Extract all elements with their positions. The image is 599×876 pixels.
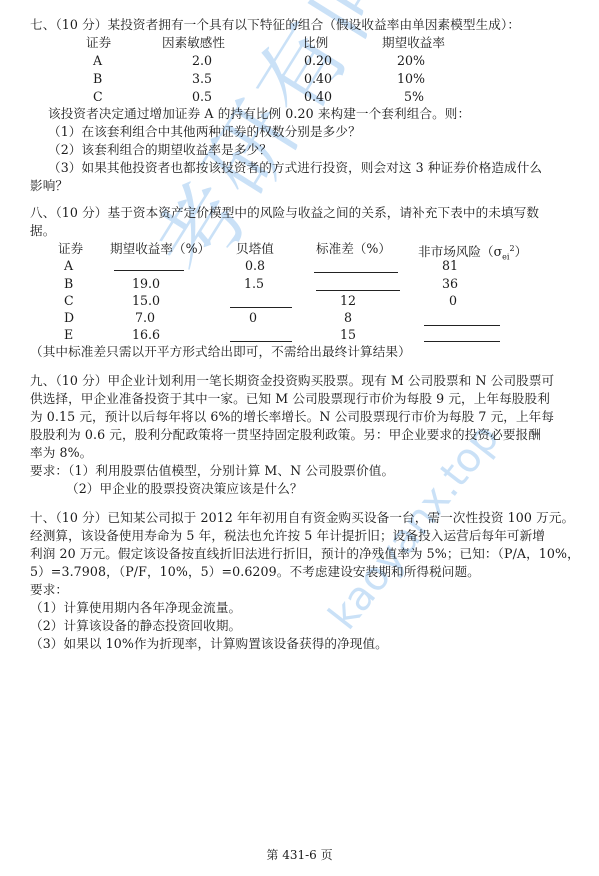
q8-cell: 19.0 (132, 275, 160, 293)
q8-header-close: ） (515, 244, 528, 259)
q8-header-return: 期望收益率（%） (110, 240, 210, 258)
q8-cell: 8 (344, 309, 352, 327)
q10-line-2: 经测算，该设备使用寿命为 5 年，税法也允许按 5 年计提折旧；设备投入运营后每… (30, 527, 545, 545)
q7-cell: 0.5 (192, 88, 212, 106)
q8-cell: 1.5 (244, 275, 264, 293)
q7-heading: 七、（10 分）某投资者拥有一个具有以下特征的组合（假设收益率由单因素模型生成）… (30, 16, 520, 34)
q10-line-3: 利润 20 万元。假定该设备按直线折旧法进行折旧，预计的净残值率为 5%；已知：… (30, 545, 580, 563)
q7-cell: 0.40 (304, 70, 332, 88)
q9-line-2: 供选择，甲企业准备投资于其中一家。已知 M 公司股票现行市价为每股 9 元，上年… (30, 390, 550, 408)
q9-requirement-2: （2）甲企业的股票投资决策应该是什么？ (66, 480, 303, 498)
q8-cell: 7.0 (135, 309, 155, 327)
q8-blank-a-stddev (314, 272, 398, 273)
q8-heading-cont: 据。 (30, 222, 55, 240)
q8-blank-b-stddev (316, 290, 400, 291)
q8-blank-d-risk (424, 325, 500, 326)
q8-header-sub: ei (502, 253, 509, 262)
q7-cell: B (93, 70, 102, 88)
q7-cell: 10% (397, 70, 425, 88)
q8-cell: B (64, 275, 73, 293)
q7-item-1: （1）在该套利组合中其他两种证券的权数分别是多少？ (48, 123, 361, 141)
q10-item-2: （2）计算该设备的静态投资回收期。 (30, 617, 241, 635)
q7-cell: C (93, 88, 103, 106)
q7-header-factor: 因素敏感性 (162, 34, 225, 52)
q7-cell: 0.40 (304, 88, 332, 106)
q8-cell: 81 (442, 257, 458, 275)
q7-item-3: （3）如果其他投资者也都按该投资者的方式进行投资，则会对这 3 种证券价格造成什… (48, 159, 542, 177)
q9-line-5: 率为 8%。 (30, 444, 92, 462)
q7-cell: 3.5 (192, 70, 212, 88)
q7-cell: 0.20 (304, 52, 332, 70)
q9-line-1: 九、（10 分）甲企业计划利用一笔长期资金投资购买股票。现有 M 公司股票和 N… (30, 372, 554, 390)
q8-cell: 0.8 (245, 257, 265, 275)
q8-header-nonmarket-risk: 非市场风险（σei2） (418, 240, 527, 267)
q8-header-beta: 贝塔值 (236, 240, 274, 258)
q8-cell: 15.0 (132, 292, 160, 310)
exam-page: 考研有问 kaoyanx.top 七、（10 分）某投资者拥有一个具有以下特征的… (0, 0, 599, 876)
q8-cell: 36 (442, 275, 458, 293)
q8-cell: 0 (249, 309, 257, 327)
q7-intro: 该投资者决定通过增加证券 A 的持有比例 0.20 来构建一个套利组合。则： (48, 105, 470, 123)
q7-header-return: 期望收益率 (382, 34, 445, 52)
q8-blank-e-risk (424, 341, 500, 342)
q8-header-security: 证券 (58, 240, 83, 258)
q8-blank-e-beta (230, 341, 292, 342)
q9-requirement-1: 要求：（1）利用股票估值模型，分别计算 M、N 公司股票价值。 (30, 462, 394, 480)
q8-header-nonmarket-label: 非市场风险（σ (418, 244, 502, 259)
q7-header-security: 证券 (86, 34, 111, 52)
q8-cell: A (64, 257, 73, 275)
q10-item-3: （3）如果以 10%作为折现率，计算购置该设备获得的净现值。 (30, 635, 388, 653)
q8-cell: 16.6 (132, 326, 160, 344)
q10-line-4: 5）=3.7908，（P/F，10%，5）=0.6209。不考虑建设安装期和所得… (30, 563, 480, 581)
q7-cell: A (93, 52, 102, 70)
q7-item-2: （2）该套利组合的期望收益率是多少？ (48, 141, 272, 159)
q8-cell: 12 (340, 292, 356, 310)
q8-heading: 八、（10 分）基于资本资产定价模型中的风险与收益之间的关系，请补充下表中的未填… (30, 204, 539, 222)
q8-cell: D (64, 309, 74, 327)
q8-cell: 15 (340, 326, 356, 344)
q10-item-1: （1）计算使用期内各年净现金流量。 (30, 599, 241, 617)
q7-cell: 20% (397, 52, 425, 70)
q7-cell: 5% (404, 88, 424, 106)
q7-item-3-cont: 影响？ (30, 177, 68, 195)
q10-line-1: 十、（10 分）已知某公司拟于 2012 年年初用自有资金购买设备一台，需一次性… (30, 509, 574, 527)
q8-header-stddev: 标准差（%） (316, 240, 391, 258)
q9-line-4: 股股利为 0.6 元，股利分配政策将一贯坚持固定股利政策。另：甲企业要求的投资必… (30, 426, 541, 444)
q8-note: （其中标准差只需以开平方形式给出即可，不需给出最终计算结果） (30, 343, 411, 361)
q9-line-3: 为 0.15 元，预计以后每年将以 6%的增长率增长。N 公司股票现行市价为每股… (30, 408, 554, 426)
q10-requirement-label: 要求： (30, 581, 68, 599)
q7-header-ratio: 比例 (303, 34, 328, 52)
q7-cell: 2.0 (192, 52, 212, 70)
q8-cell: 0 (449, 292, 457, 310)
q8-cell: C (64, 292, 74, 310)
q8-blank-c-beta (230, 307, 292, 308)
page-number: 第 431-6 页 (0, 846, 599, 864)
q8-blank-a-return (114, 270, 184, 271)
q8-cell: E (64, 326, 73, 344)
